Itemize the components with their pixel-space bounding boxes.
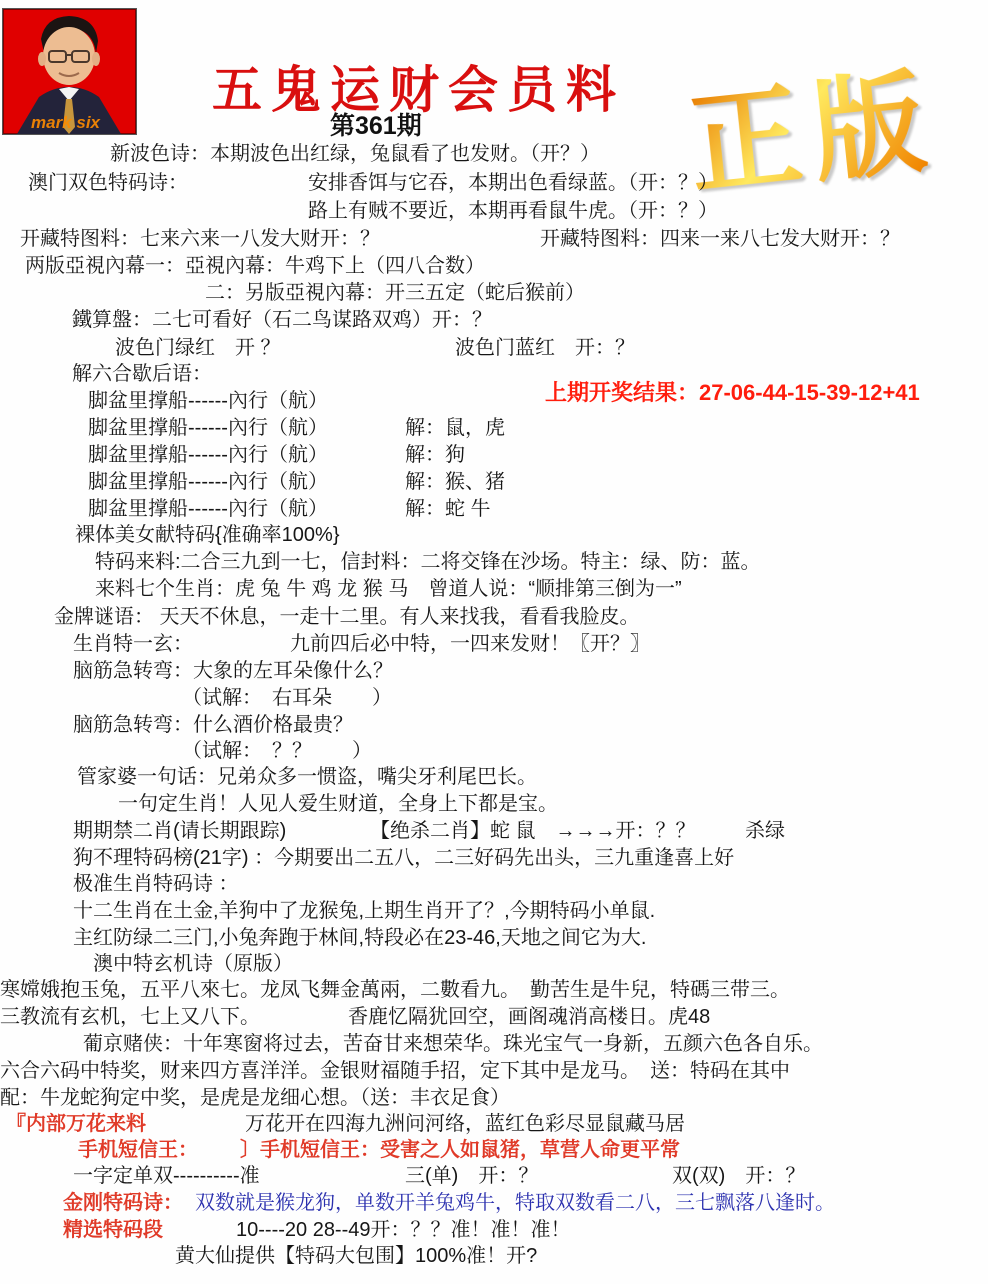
guanjiapo: 管家婆一句话：兄弟众多一惯盗，嘴尖牙利尾巴长。 xyxy=(77,764,537,790)
xiehouyu-answer-4: 解：蛇 牛 xyxy=(405,496,491,522)
shengxiao-label: 生肖特一玄： xyxy=(73,631,193,657)
publisher-portrait-illustration: mark six xyxy=(3,9,136,134)
kaicang-left: 开藏特图料：七来六来一八发大财开：？ xyxy=(20,226,380,252)
publisher-photo: mark six xyxy=(2,8,137,135)
xiehouyu-row: 脚盆里撑船------內行（航） xyxy=(88,442,328,468)
jingang-text: 双数就是猴龙狗，单数开羊兔鸡牛，特取双数看二八，三七飘落八逢时。 xyxy=(195,1190,835,1216)
aozhong-title: 澳中特玄机诗（原版） xyxy=(93,951,293,977)
photo-caption: mark six xyxy=(31,113,102,132)
qiqijin: 期期禁二肖(请长期跟踪) xyxy=(73,818,286,844)
shuang-shuang: 双(双) 开：？ xyxy=(672,1163,805,1189)
xinbose-poem: 新波色诗：本期波色出红绿，兔鼠看了也发财。（开？） xyxy=(110,141,600,167)
luoti-line: 裸体美女献特码{准确率100%} xyxy=(75,522,340,548)
atv-line-1: 两版亞視內幕一：亞視內幕：牛鸡下上（四八合数） xyxy=(25,253,485,279)
tiesuanpan: 鐵算盤：二七可看好（石二鸟谋路双鸡）开：？ xyxy=(72,307,492,333)
shalv: 杀绿 xyxy=(745,818,785,844)
jingxuan-label: 精选特码段 xyxy=(63,1217,163,1243)
jingang-label: 金刚特码诗： xyxy=(63,1190,183,1216)
yizi-danshuang: 一字定单双----------准 xyxy=(73,1163,260,1189)
naojin-2: 脑筋急转弯：什么酒价格最贵？ xyxy=(73,712,353,738)
bose-green: 波色门绿红 开 ？ xyxy=(115,335,281,361)
xiehouyu-title: 解六合歇后语： xyxy=(72,361,212,387)
shijie-2: （试解： ？？ ） xyxy=(182,738,372,764)
sms-label: 手机短信王： xyxy=(78,1137,198,1163)
xiehouyu-answer-2: 解：狗 xyxy=(405,442,465,468)
pei-line: 配：牛龙蛇狗定中奖，是虎是龙细心想。（送：丰衣足食） xyxy=(0,1085,510,1111)
jizhun-title: 极准生肖特码诗 ： xyxy=(73,871,239,897)
shengxiao-shi-2: 主红防绿二三门,小兔奔跑于林间,特段必在23-46,天地之间它为大. xyxy=(73,925,646,951)
tip-sheet-page: mark six 五鬼运财会员料 第361期 正版 新波色诗：本期波色出红绿，兔… xyxy=(0,0,988,1284)
xuanji-1: 寒嫦娥抱玉兔，五平八來七。龙凤飞舞金萬兩，二數看九。 勤苦生是牛兒，特碼三带三。 xyxy=(0,977,790,1003)
san-dan: 三(单) 开：？ xyxy=(405,1163,538,1189)
macau-label: 澳门双色特码诗： xyxy=(28,170,188,196)
previous-draw-result: 上期开奖结果：27-06-44-15-39-12+41 xyxy=(545,380,920,406)
macau-verse-1: 安排香饵与它吞，本期出色看绿蓝。（开：？） xyxy=(308,170,718,196)
issue-number: 第361期 xyxy=(330,106,422,142)
neibu-label: 『内部万花来料 xyxy=(6,1111,146,1137)
xiehouyu-row: 脚盆里撑船------內行（航） xyxy=(88,388,328,414)
shengxiao-text: 九前四后必中特，一四来发财！〖开？〗 xyxy=(290,631,650,657)
xiehouyu-row: 脚盆里撑船------內行（航） xyxy=(88,415,328,441)
neibu-text: 万花开在四海九洲问河络，蓝红色彩尽显鼠藏马居 xyxy=(245,1111,685,1137)
huangdaxian: 黄大仙提供【特码大包围】100%准！开? xyxy=(175,1243,537,1269)
juesha-erxiao: 【绝杀二肖】蛇 鼠 →→→开：？？ xyxy=(370,818,696,844)
xuanji-3: 香鹿忆隔犹回空，画阁魂消高楼日。虎48 xyxy=(348,1004,710,1030)
qige-shengxiao: 来料七个生肖：虎 兔 牛 鸡 龙 猴 马 曾道人说：“顺排第三倒为一” xyxy=(95,576,682,602)
naojin-1: 脑筋急转弯：大象的左耳朵像什么？ xyxy=(73,658,393,684)
sms-text: 〕手机短信王：受害之人如鼠猪，草营人命更平常 xyxy=(240,1137,680,1163)
kaicang-right: 开藏特图料：四来一来八七发大财开：？ xyxy=(540,226,900,252)
tema-lailiao: 特码来料:二合三九到一七，信封料：二将交锋在沙场。特主：绿、防：蓝。 xyxy=(95,549,761,575)
macau-verse-2: 路上有贼不要近，本期再看鼠牛虎。（开：？） xyxy=(308,198,718,224)
bose-blue: 波色门蓝红 开：？ xyxy=(455,335,635,361)
genuine-watermark: 正版 xyxy=(680,31,943,217)
xiehouyu-answer-1: 解：鼠，虎 xyxy=(405,415,505,441)
xiehouyu-row: 脚盆里撑船------內行（航） xyxy=(88,469,328,495)
liuhe-liuma: 六合六码中特奖，财来四方喜洋洋。金银财福随手招，定下其中是龙马。 送：特码在其中 xyxy=(0,1058,790,1084)
xuanji-2: 三教流有玄机，七上又八下。 xyxy=(0,1004,260,1030)
yijuding: 一句定生肖！人见人爱生财道，全身上下都是宝。 xyxy=(118,791,558,817)
atv-line-2: 二：另版亞視內幕：开三五定（蛇后猴前） xyxy=(205,280,585,306)
xiehouyu-answer-3: 解：猴、猪 xyxy=(405,469,505,495)
shengxiao-shi-1: 十二生肖在土金,羊狗中了龙猴兔,上期生肖开了？,今期特码小单鼠. xyxy=(73,898,655,924)
jinpai-miyu: 金牌谜语： 天天不休息，一走十二里。有人来找我，看看我脸皮。 xyxy=(54,604,640,630)
goubuli: 狗不理特码榜(21字) ：今期要出二五八，二三好码先出头，三九重逢喜上好 xyxy=(73,845,734,871)
pujing-duxia: 葡京赌侠：十年寒窗将过去，苦奋甘来想荣华。珠光宝气一身新，五颜六色各自乐。 xyxy=(83,1031,823,1057)
jingxuan-text: 10----20 28--49开：？？准！准！准！ xyxy=(236,1217,571,1243)
xiehouyu-row: 脚盆里撑船------內行（航） xyxy=(88,496,328,522)
shijie-1: （试解： 右耳朵 ） xyxy=(182,685,392,711)
